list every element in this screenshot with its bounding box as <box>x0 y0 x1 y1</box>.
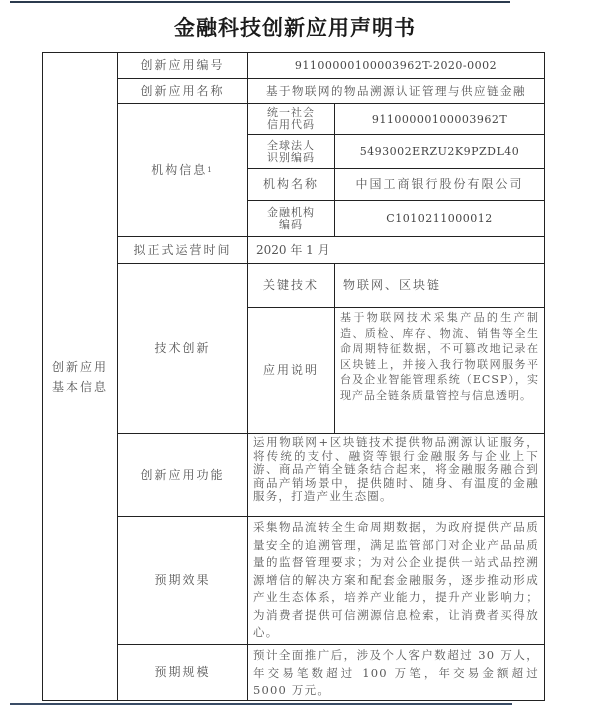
app-number-label: 创新应用编号 <box>117 52 248 79</box>
key-tech-value: 物联网、区块链 <box>334 263 545 308</box>
expected-scale-value: 预计全面推广后，涉及个人客户数超过 30 万人，年交易笔数超过 100 万笔，年… <box>247 644 545 701</box>
expected-scale-label: 预期规模 <box>117 644 248 701</box>
bottom-rule <box>10 703 512 705</box>
app-function-label: 创新应用功能 <box>117 433 248 517</box>
org-name-value: 中国工商银行股份有限公司 <box>334 168 545 201</box>
operation-time-value: 2020 年 1 月 <box>247 236 545 264</box>
document-title: 金融科技创新应用声明书 <box>0 12 590 42</box>
app-description-value: 基于物联网技术采集产品的生产制造、质检、库存、物流、销售等全生命周期特征数据，不… <box>334 307 545 434</box>
tech-innovation-label: 技术创新 <box>117 263 248 434</box>
org-credit-code-value: 91100000100003962T <box>334 103 545 135</box>
section-label-cell: 创新应用 基本信息 <box>42 52 118 701</box>
app-number-value: 91100000100003962T-2020-0002 <box>247 52 545 79</box>
org-name-label: 机构名称 <box>247 168 335 201</box>
org-fi-code-value: C1010211000012 <box>334 200 545 237</box>
org-credit-code-label: 统一社会 信用代码 <box>247 103 335 135</box>
app-name-value: 基于物联网的物品溯源认证管理与供应链金融 <box>247 78 545 104</box>
operation-time-label: 拟正式运营时间 <box>117 236 248 264</box>
expected-effect-value: 采集物品流转全生命周期数据，为政府提供产品质量安全的追溯管理，满足监管部门对企业… <box>247 516 545 645</box>
top-rule <box>10 1 510 3</box>
org-fi-code-label: 金融机构 编码 <box>247 200 335 237</box>
section-label: 创新应用 基本信息 <box>52 357 108 397</box>
expected-effect-label: 预期效果 <box>117 516 248 645</box>
org-lei-value: 5493002ERZU2K9PZDL40 <box>334 134 545 169</box>
org-info-label: 机构信息1 <box>117 103 248 237</box>
org-lei-label: 全球法人 识别编码 <box>247 134 335 169</box>
app-description-label: 应用说明 <box>247 307 335 434</box>
app-name-label: 创新应用名称 <box>117 78 248 104</box>
key-tech-label: 关键技术 <box>247 263 335 308</box>
app-function-value: 运用物联网+区块链技术提供物品溯源认证服务，将传统的支付、融资等银行金融服务与企… <box>247 433 545 517</box>
